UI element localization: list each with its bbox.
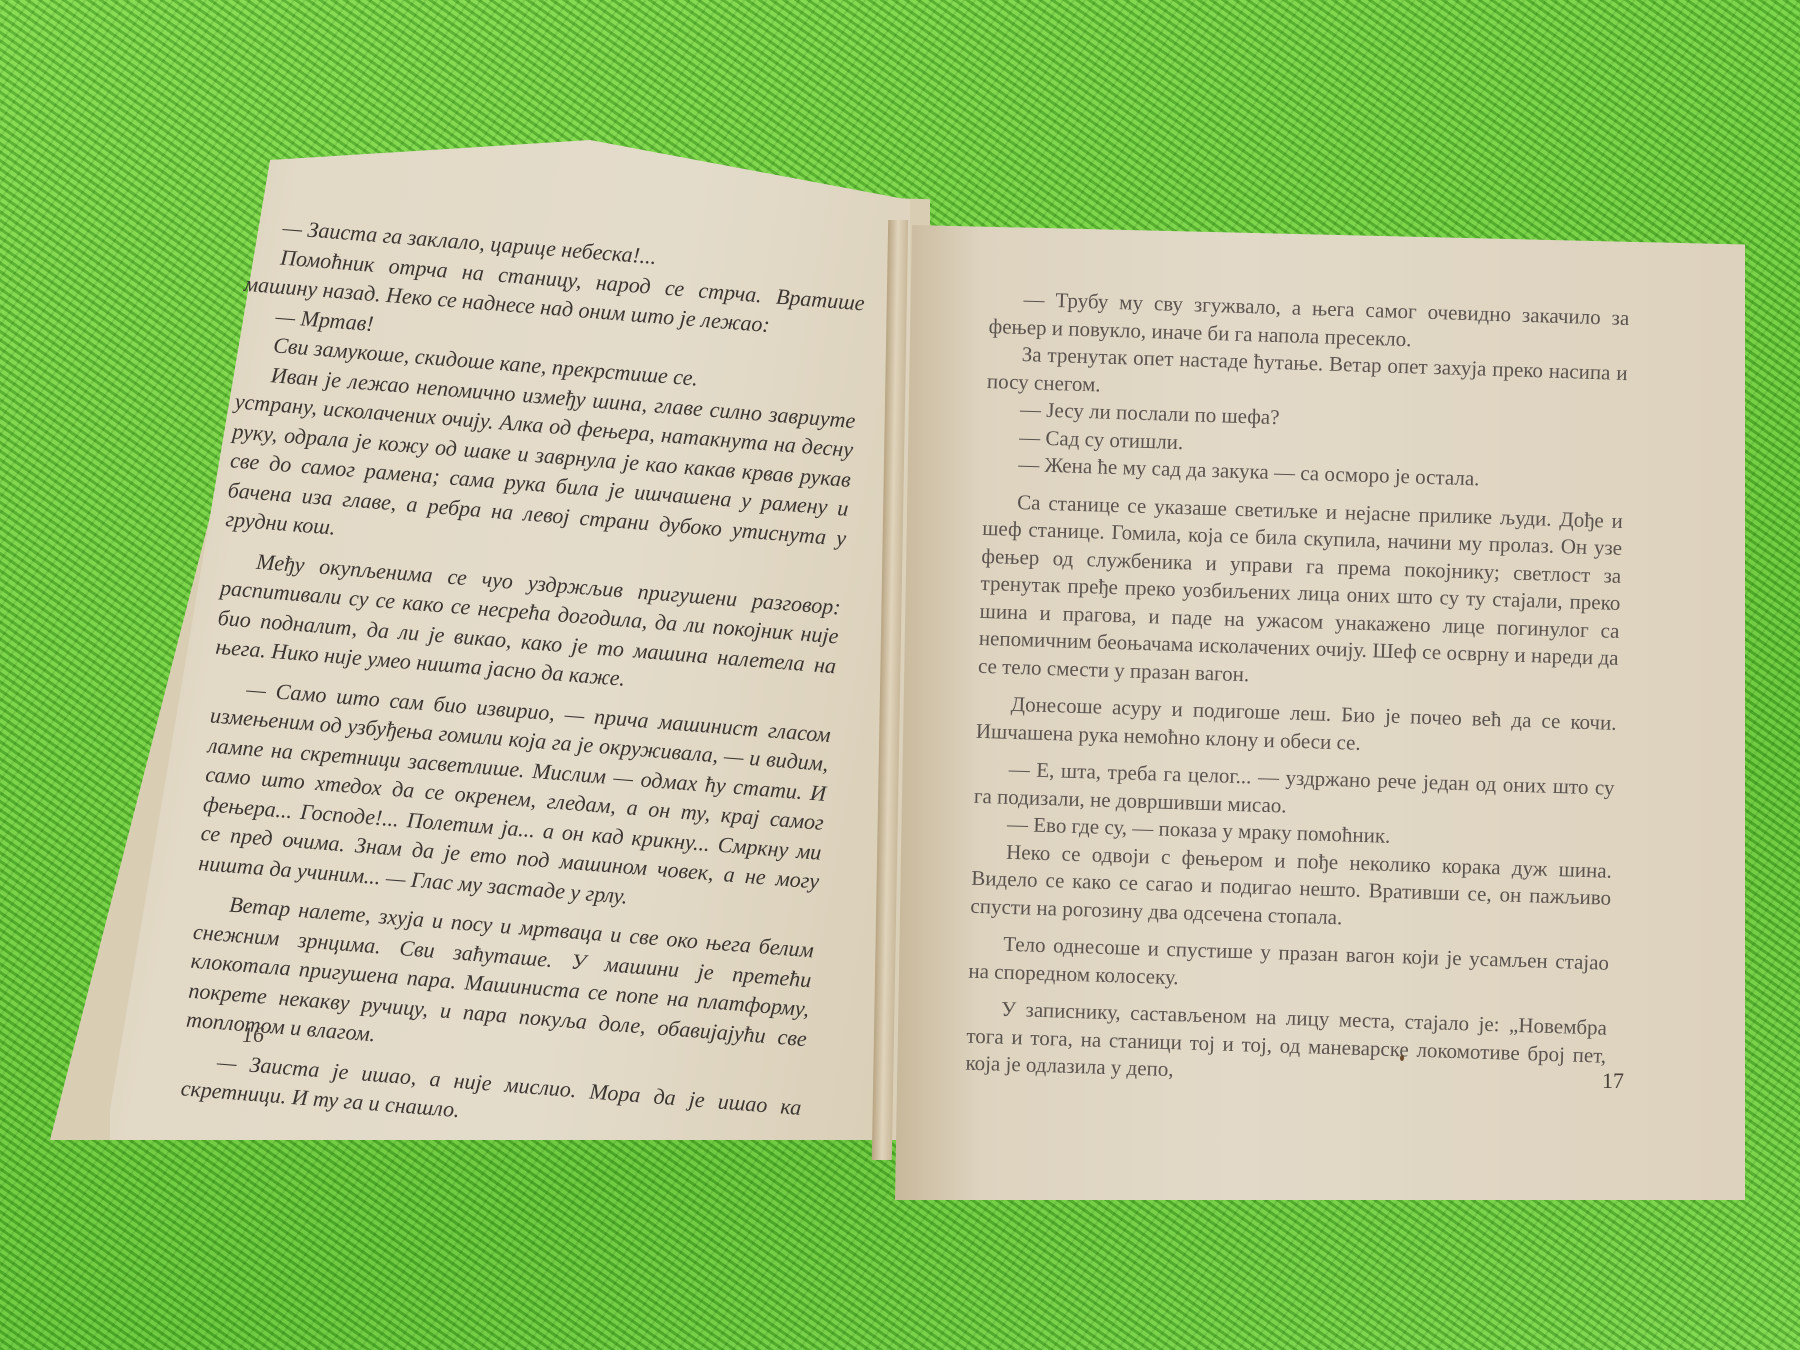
paragraph: Тело однесоше и спустише у празан вагон … [968,930,1609,1005]
open-book: — Заиста га заклало, царице небеска!... … [0,0,1800,1350]
page-number-right: 17 [1602,1068,1624,1094]
paper-stain [1400,1055,1404,1061]
paragraph: Донесоше асуру и подигоше леш. Био је по… [976,690,1617,765]
paragraph: — Само што сам био извирио, — прича маши… [198,671,832,926]
page-number-left: 16 [242,1022,264,1048]
paragraph: Са станице се указаше светиљке и нејасне… [978,487,1624,700]
left-page-text: — Заиста га заклало, царице небеска!... … [180,210,868,1151]
right-page-text: — Трубу му сву згужвало, а њега самог оч… [965,285,1630,1097]
